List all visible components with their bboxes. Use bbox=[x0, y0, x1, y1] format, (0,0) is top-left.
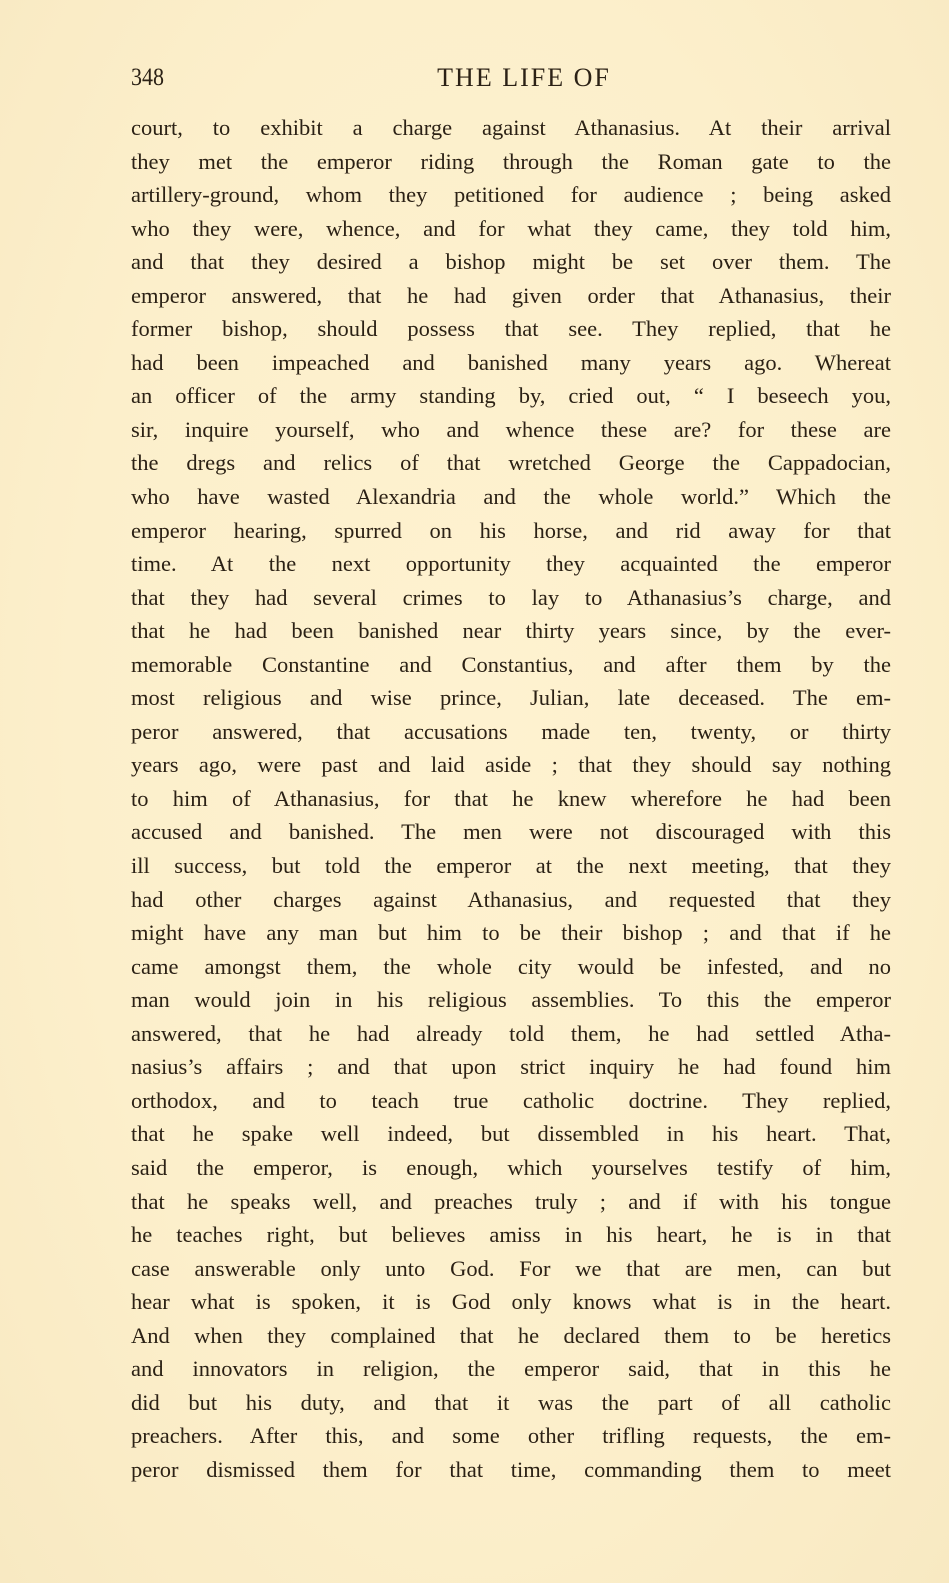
text-line: hear what is spoken, it is God only know… bbox=[131, 1285, 891, 1319]
page-header: 348 THE LIFE OF bbox=[131, 60, 891, 96]
text-line: nasius’s affairs ; and that upon strict … bbox=[131, 1050, 891, 1084]
text-line: that they had several crimes to lay to A… bbox=[131, 581, 891, 615]
text-line: ill success, but told the emperor at the… bbox=[131, 849, 891, 883]
text-line: answered, that he had already told them,… bbox=[131, 1017, 891, 1051]
text-line: had other charges against Athanasius, an… bbox=[131, 883, 891, 917]
text-line: emperor answered, that he had given orde… bbox=[131, 279, 891, 313]
text-line: and that they desired a bishop might be … bbox=[131, 245, 891, 279]
text-line: preachers. After this, and some other tr… bbox=[131, 1419, 891, 1453]
text-line: and innovators in religion, the emperor … bbox=[131, 1352, 891, 1386]
text-line: most religious and wise prince, Julian, … bbox=[131, 681, 891, 715]
text-line: who they were, whence, and for what they… bbox=[131, 212, 891, 246]
text-line: that he spake well indeed, but dissemble… bbox=[131, 1117, 891, 1151]
text-line: to him of Athanasius, for that he knew w… bbox=[131, 782, 891, 816]
text-line: orthodox, and to teach true catholic doc… bbox=[131, 1084, 891, 1118]
text-line: he teaches right, but believes amiss in … bbox=[131, 1218, 891, 1252]
text-line: former bishop, should possess that see. … bbox=[131, 312, 891, 346]
text-line: that he speaks well, and preaches truly … bbox=[131, 1185, 891, 1219]
running-head: THE LIFE OF bbox=[131, 60, 891, 96]
text-line: the dregs and relics of that wretched Ge… bbox=[131, 446, 891, 480]
text-line: emperor hearing, spurred on his horse, a… bbox=[131, 514, 891, 548]
text-line: years ago, were past and laid aside ; th… bbox=[131, 748, 891, 782]
text-line: did but his duty, and that it was the pa… bbox=[131, 1386, 891, 1420]
text-line: peror answered, that accusations made te… bbox=[131, 715, 891, 749]
text-line: man would join in his religious assembli… bbox=[131, 983, 891, 1017]
text-line: sir, inquire yourself, who and whence th… bbox=[131, 413, 891, 447]
text-line: artillery-ground, whom they petitioned f… bbox=[131, 178, 891, 212]
text-line: said the emperor, is enough, which yours… bbox=[131, 1151, 891, 1185]
text-line: might have any man but him to be their b… bbox=[131, 916, 891, 950]
text-line: accused and banished. The men were not d… bbox=[131, 815, 891, 849]
text-line: came amongst them, the whole city would … bbox=[131, 950, 891, 984]
body-text: court, to exhibit a charge against Athan… bbox=[131, 111, 891, 1486]
text-line: had been impeached and banished many yea… bbox=[131, 346, 891, 380]
text-line: they met the emperor riding through the … bbox=[131, 145, 891, 179]
text-line: an officer of the army standing by, crie… bbox=[131, 379, 891, 413]
text-line: case answerable only unto God. For we th… bbox=[131, 1252, 891, 1286]
text-line: who have wasted Alexandria and the whole… bbox=[131, 480, 891, 514]
text-line: that he had been banished near thirty ye… bbox=[131, 614, 891, 648]
text-line: peror dismissed them for that time, comm… bbox=[131, 1453, 891, 1487]
text-line: time. At the next opportunity they acqua… bbox=[131, 547, 891, 581]
text-line: memorable Constantine and Constantius, a… bbox=[131, 648, 891, 682]
text-line: And when they complained that he declare… bbox=[131, 1319, 891, 1353]
text-line: court, to exhibit a charge against Athan… bbox=[131, 111, 891, 145]
